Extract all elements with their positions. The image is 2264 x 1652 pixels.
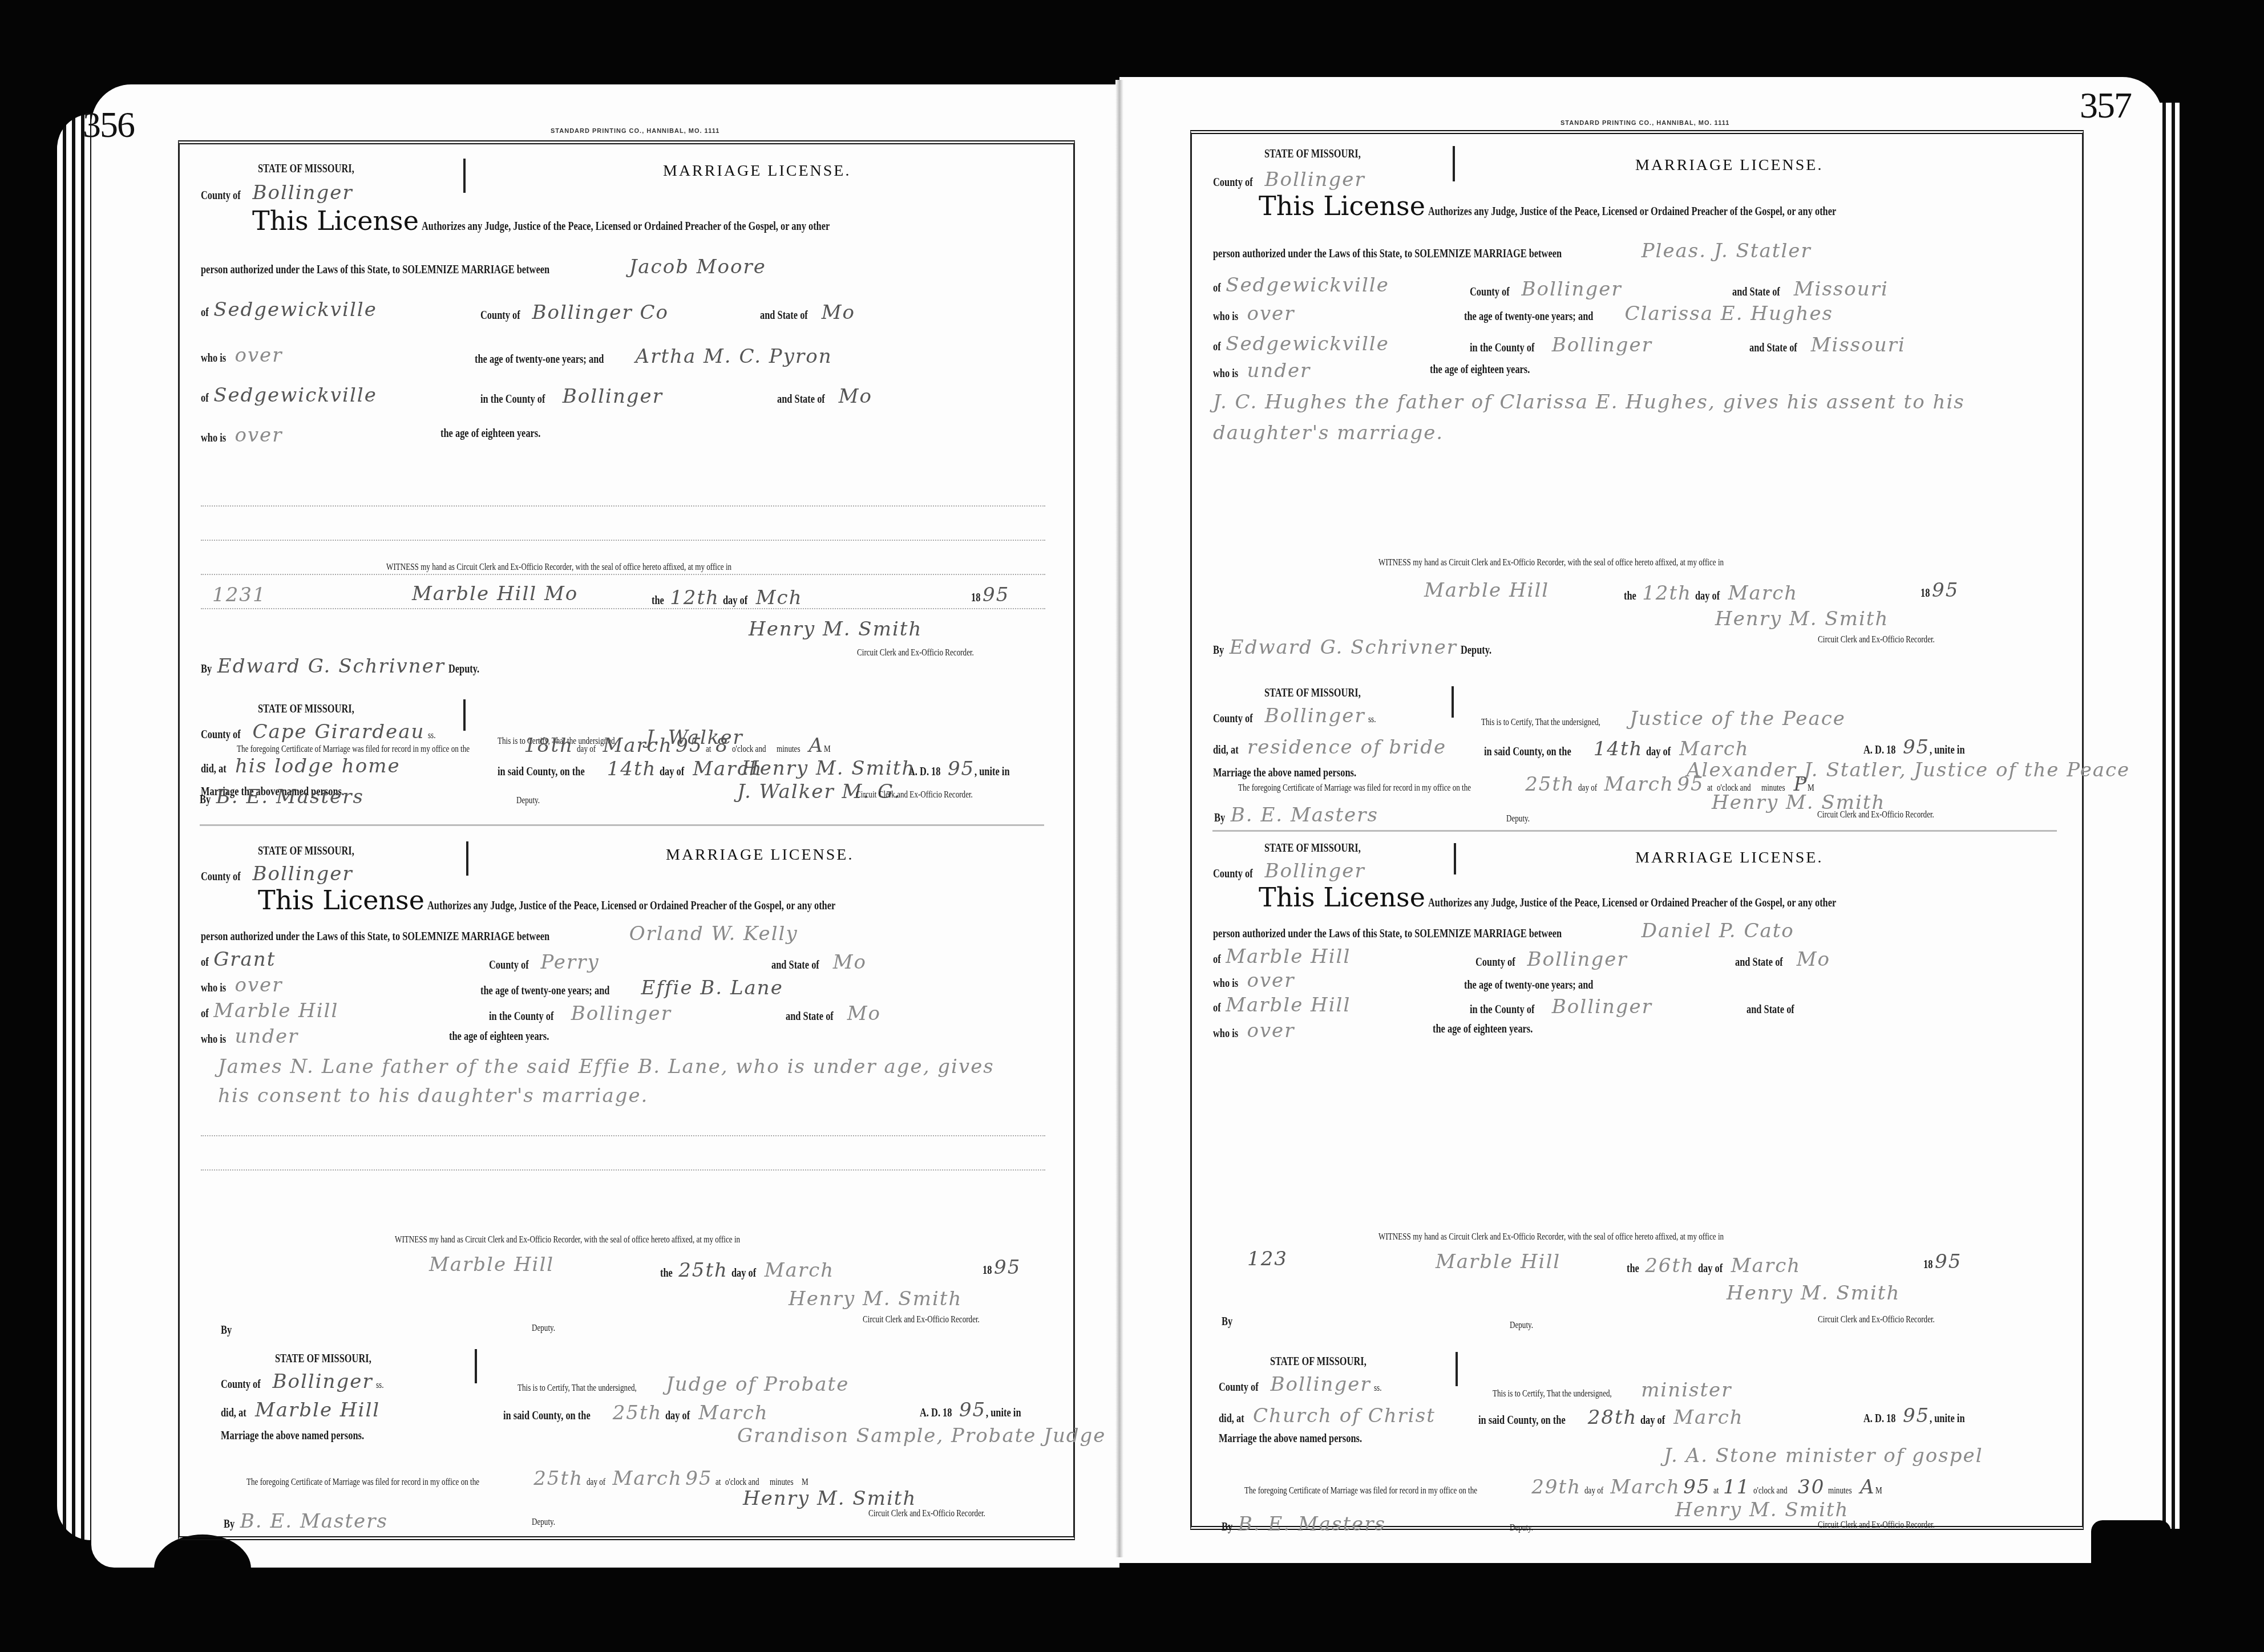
witness-year: 95 [994, 1256, 1021, 1279]
witness-number: 1231 [212, 584, 266, 606]
groom-age-status: over [1247, 969, 1295, 992]
state-of-label: and State of [771, 959, 819, 971]
cert-month: March [1673, 1406, 1743, 1429]
filed-hour: 8 [715, 734, 729, 757]
this-license-heading: This License [252, 205, 419, 236]
day-of-label: day of [1646, 746, 1671, 758]
state-label: STATE OF MISSOURI, [1264, 148, 1361, 160]
unite-in-label: , unite in [1930, 1413, 1965, 1424]
minutes-label: minutes [1828, 1487, 1852, 1496]
bride-name: Effie B. Lane [641, 977, 783, 999]
by-label: By [1222, 1521, 1232, 1533]
bride-county: Bollinger [563, 385, 663, 408]
did-at-label: did, at [221, 1407, 246, 1419]
license-entry: STATE OF MISSOURI, County of Bollinger M… [1190, 839, 2080, 1534]
witness-month: March [1731, 1254, 1801, 1277]
state-of-label: and State of [760, 310, 808, 321]
ad-label: A. D. 18 [1863, 744, 1895, 756]
filed-hour: 11 [1723, 1476, 1750, 1499]
marriage-license-title: MARRIAGE LICENSE. [663, 163, 851, 179]
cert-county: Bollinger [273, 1370, 373, 1393]
cert-officiant: minister [1641, 1379, 1732, 1402]
of-label: of [1213, 1002, 1221, 1014]
county-value: Bollinger [1265, 860, 1365, 882]
by-label: By [1222, 1316, 1232, 1327]
day-of-label: day of [665, 1410, 690, 1422]
state-of-label: and State of [786, 1011, 834, 1022]
minutes-label: minutes [770, 1478, 794, 1487]
filed-month: March [613, 1467, 682, 1490]
this-license-heading: This License [1259, 882, 1425, 913]
license-entry: STATE OF MISSOURI, County of Bollinger M… [178, 839, 1072, 1534]
authorized-text: person authorized under the Laws of this… [201, 931, 549, 942]
brace [1454, 843, 1456, 874]
witness-month: Mch [756, 586, 803, 609]
m-label: M [1875, 1487, 1882, 1496]
county-value: Bollinger [253, 863, 353, 885]
state-label: STATE OF MISSOURI, [1270, 1356, 1367, 1367]
witness-place: Marble Hill [429, 1253, 554, 1276]
day-of-label: day of [1698, 1263, 1723, 1274]
state-of-label: and State of [1749, 342, 1797, 354]
deputy-label: Deputy. [1506, 815, 1530, 824]
brace [463, 159, 466, 193]
oclock-label: o'clock and [1753, 1487, 1788, 1496]
unite-in-label: , unite in [986, 1407, 1021, 1419]
witness-text: WITNESS my hand as Circuit Clerk and Ex-… [1378, 1233, 1724, 1242]
groom-name: Jacob Moore [629, 256, 766, 278]
state-of-label: and State of [1746, 1004, 1794, 1015]
brace [466, 841, 468, 876]
at-label: at [706, 745, 711, 754]
consent-note: James N. Lane father of the said Effie B… [218, 1055, 994, 1107]
groom-county: Bollinger [1527, 948, 1628, 971]
groom-name: Daniel P. Cato [1642, 920, 1794, 942]
deputy-name: Edward G. Schrivner [1230, 636, 1457, 659]
groom-state: Mo [1797, 948, 1830, 971]
said-county-label: in said County, on the [498, 766, 585, 778]
circuit-clerk-label: Circuit Clerk and Ex-Officio Recorder. [1818, 1315, 1935, 1325]
age21-label: the age of twenty-one years; and [480, 985, 609, 997]
circuit-clerk-label: Circuit Clerk and Ex-Officio Recorder. [856, 791, 973, 800]
state-label: STATE OF MISSOURI, [258, 163, 354, 175]
groom-county: Bollinger [1522, 278, 1622, 301]
filed-clerk: Henry M. Smith [742, 757, 915, 780]
this-license-heading: This License [1259, 191, 1425, 221]
groom-name: Orland W. Kelly [629, 922, 798, 945]
state-of-label: and State of [1732, 286, 1780, 298]
brace [475, 1349, 477, 1383]
witness-day: 12th [1642, 582, 1692, 605]
of-label: of [1213, 341, 1221, 353]
by-label: By [201, 663, 212, 675]
groom-age-status: over [235, 344, 282, 367]
foregoing-text: The foregoing Certificate of Marriage wa… [237, 745, 470, 754]
ss-label: ss. [1368, 715, 1376, 724]
bride-age-status: over [1247, 1019, 1295, 1042]
cert-place: Church of Christ [1253, 1404, 1436, 1427]
by-label: By [1213, 645, 1224, 656]
witness-number: 123 [1247, 1248, 1288, 1270]
ruled-line [201, 505, 1045, 507]
county-label: County of [489, 959, 529, 971]
county-label: County of [1470, 286, 1510, 298]
bride-state: Mo [839, 385, 872, 408]
groom-state: Mo [822, 301, 855, 324]
who-is-label: who is [1213, 368, 1238, 379]
filed-day: 25th [1525, 773, 1575, 796]
at-label: at [1713, 1487, 1719, 1496]
witness-place: Marble Hill Mo [412, 582, 578, 605]
witness-year: 95 [1935, 1250, 1962, 1273]
filed-year: 95 [1677, 773, 1704, 796]
county-label: County of [201, 871, 241, 882]
of-label: of [201, 307, 209, 318]
cert-day: 14th [607, 758, 657, 780]
groom-town: Sedgewickville [1226, 274, 1389, 297]
by-label: By [1214, 812, 1225, 824]
the-label: the [660, 1268, 673, 1279]
age18-label: the age of eighteen years. [449, 1031, 549, 1042]
by-label: By [224, 1519, 235, 1530]
marriage-license-title: MARRIAGE LICENSE. [666, 847, 854, 863]
consent-note: J. C. Hughes the father of Clarissa E. H… [1213, 391, 1965, 444]
age21-label: the age of twenty-one years; and [1464, 979, 1593, 991]
deputy-label: Deputy. [1510, 1321, 1533, 1330]
year-prefix: 18 [1921, 588, 1930, 599]
foregoing-text: The foregoing Certificate of Marriage wa… [1244, 1487, 1477, 1496]
witness-place: Marble Hill [1436, 1250, 1560, 1273]
day-of-label: day of [731, 1268, 756, 1279]
witness-text: WITNESS my hand as Circuit Clerk and Ex-… [386, 563, 731, 572]
bride-town: Marble Hill [213, 999, 338, 1022]
groom-town: Grant [213, 948, 276, 971]
filed-day: 18th [524, 734, 573, 757]
day-of-label: day of [660, 766, 684, 778]
this-license-heading: This License [258, 885, 424, 916]
clerk-signature: Henry M. Smith [749, 618, 922, 641]
bride-age-status: over [235, 424, 282, 447]
county-label: County of [201, 190, 241, 201]
filed-year: 95 [685, 1467, 712, 1490]
ruled-line [201, 574, 1045, 575]
year-prefix: 18 [1923, 1259, 1933, 1270]
county-label: in the County of [480, 394, 545, 405]
cert-officiant: Judge of Probate [666, 1373, 849, 1396]
bride-town: Sedgewickville [213, 384, 377, 407]
of-label: of [201, 392, 209, 404]
filed-deputy: B. E. Masters [240, 1510, 388, 1533]
county-label: County of [1219, 1382, 1259, 1393]
cert-month: March [1679, 738, 1749, 760]
filed-day: 29th [1531, 1476, 1581, 1499]
marriage-license-title: MARRIAGE LICENSE. [1635, 157, 1823, 173]
filed-month: March [1611, 1476, 1680, 1499]
deputy-label: Deputy. [1461, 645, 1491, 656]
at-label: at [715, 1478, 721, 1487]
filed-month: March [1604, 773, 1674, 796]
cert-day: 14th [1594, 738, 1643, 760]
cert-place: Marble Hill [255, 1399, 380, 1422]
filed-year: 95 [676, 734, 702, 757]
entry-divider [200, 824, 1044, 826]
cert-year: 95 [948, 758, 975, 780]
marriage-above-label: Marriage the above named persons. [1219, 1433, 1362, 1444]
groom-town: Marble Hill [1226, 945, 1351, 968]
thumb-left [154, 1534, 251, 1603]
bride-town: Sedgewickville [1226, 333, 1389, 355]
state-of-label: and State of [1735, 957, 1783, 968]
groom-state: Missouri [1794, 278, 1889, 301]
who-is-label: who is [1213, 1028, 1238, 1039]
filed-year: 95 [1683, 1476, 1710, 1499]
thumb-right [2091, 1520, 2171, 1600]
cert-year: 95 [1903, 1404, 1930, 1427]
entry-divider [1212, 830, 2057, 832]
bride-state: Missouri [1811, 334, 1906, 357]
groom-state: Mo [833, 951, 867, 974]
age18-label: the age of eighteen years. [440, 428, 540, 439]
age21-label: the age of twenty-one years; and [475, 354, 604, 365]
ad-label: A. D. 18 [1863, 1413, 1895, 1424]
groom-county: Perry [541, 951, 600, 974]
county-value: Bollinger [253, 181, 353, 204]
bride-county: Bollinger [571, 1002, 672, 1025]
age21-label: the age of twenty-one years; and [1464, 311, 1593, 322]
bride-county: Bollinger [1552, 995, 1652, 1018]
authorized-text: person authorized under the Laws of this… [201, 264, 549, 276]
age18-label: the age of eighteen years. [1433, 1023, 1533, 1035]
of-label: of [1213, 954, 1221, 965]
minutes-label: minutes [777, 745, 801, 754]
unite-in-label: , unite in [1930, 744, 1965, 756]
cert-county: Bollinger [1265, 704, 1365, 727]
county-label: County of [201, 729, 241, 740]
year-prefix: 18 [971, 592, 980, 604]
witness-text: WITNESS my hand as Circuit Clerk and Ex-… [1378, 558, 1724, 568]
state-of-label: and State of [777, 394, 825, 405]
state-label: STATE OF MISSOURI, [275, 1353, 371, 1364]
deputy-name: Edward G. Schrivner [217, 655, 445, 678]
brace [1452, 686, 1454, 718]
county-label: in the County of [1470, 342, 1534, 354]
bride-name: Clarissa E. Hughes [1625, 302, 1833, 325]
did-at-label: did, at [201, 763, 227, 775]
by-label: By [200, 794, 211, 805]
bride-county: Bollinger [1552, 334, 1652, 357]
county-label: County of [1213, 713, 1253, 724]
of-label: of [1213, 282, 1221, 294]
said-county-label: in said County, on the [1484, 746, 1571, 758]
ss-label: ss. [1374, 1384, 1381, 1393]
book-gutter [1115, 80, 1123, 1557]
authorizes-text: Authorizes any Judge, Justice of the Pea… [422, 221, 830, 232]
state-label: STATE OF MISSOURI, [258, 845, 354, 857]
ruled-line [201, 1169, 1045, 1171]
certify-text: This is to Certify, That the undersigned… [518, 1384, 637, 1393]
filing-block [178, 804, 1072, 839]
cert-county: Bollinger [1271, 1373, 1371, 1396]
bride-age-status: under [235, 1025, 298, 1048]
license-entry: STATE OF MISSOURI, County of Bollinger M… [178, 140, 1072, 836]
the-label: the [1627, 1263, 1639, 1274]
circuit-clerk-label: Circuit Clerk and Ex-Officio Recorder. [857, 649, 974, 658]
marriage-above-label: Marriage the above named persons. [221, 1430, 364, 1442]
filed-month: March [603, 734, 673, 757]
cert-year: 95 [1903, 736, 1930, 759]
county-value: Bollinger [1265, 168, 1365, 191]
bride-name: Artha M. C. Pyron [636, 345, 832, 368]
certify-text: This is to Certify, That the undersigned… [1481, 718, 1600, 727]
filed-deputy: B. E. Masters [1238, 1513, 1386, 1536]
year-prefix: 18 [983, 1265, 992, 1276]
county-label: County of [480, 310, 520, 321]
said-county-label: in said County, on the [1478, 1415, 1566, 1426]
said-county-label: in said County, on the [503, 1410, 591, 1422]
bride-state: Mo [847, 1002, 881, 1025]
circuit-clerk-label: Circuit Clerk and Ex-Officio Recorder. [868, 1509, 985, 1519]
day-of-label: day of [1584, 1487, 1603, 1496]
circuit-clerk-label: Circuit Clerk and Ex-Officio Recorder. [863, 1315, 980, 1325]
printer-imprint-left: STANDARD PRINTING CO., HANNIBAL, MO. 111… [551, 128, 719, 135]
license-entry: STATE OF MISSOURI, County of Bollinger M… [1190, 130, 2080, 826]
state-label: STATE OF MISSOURI, [1264, 687, 1361, 699]
day-of-label: day of [723, 595, 747, 606]
by-label: By [221, 1325, 232, 1336]
ruled-line [201, 540, 1045, 541]
filed-day: 25th [533, 1467, 583, 1490]
day-of-label: day of [1695, 590, 1720, 602]
cert-day: 25th [613, 1402, 662, 1424]
printer-imprint-right: STANDARD PRINTING CO., HANNIBAL, MO. 111… [1560, 120, 1729, 127]
the-label: the [652, 595, 664, 606]
who-is-label: who is [201, 982, 226, 994]
deputy-label: Deputy. [532, 1324, 555, 1333]
clerk-signature: Henry M. Smith [1715, 608, 1889, 630]
foregoing-text: The foregoing Certificate of Marriage wa… [1238, 784, 1471, 793]
day-of-label: day of [577, 745, 596, 754]
day-of-label: day of [1578, 784, 1597, 793]
unite-in-label: , unite in [975, 766, 1010, 778]
state-label: STATE OF MISSOURI, [258, 703, 354, 715]
ss-label: ss. [376, 1381, 383, 1390]
witness-month: March [1728, 582, 1798, 605]
did-at-label: did, at [1213, 744, 1239, 756]
cert-officiant: Justice of the Peace [1630, 707, 1846, 730]
filed-ampm: A [1860, 1476, 1875, 1499]
witness-day: 26th [1645, 1254, 1695, 1277]
authorized-text: person authorized under the Laws of this… [1213, 248, 1562, 260]
brace [463, 699, 466, 731]
authorizes-text: Authorizes any Judge, Justice of the Pea… [427, 900, 835, 912]
county-label: in the County of [1470, 1004, 1534, 1015]
cert-year: 95 [959, 1399, 986, 1422]
filed-deputy: B. E. Masters [1231, 804, 1378, 827]
filed-minutes: 30 [1798, 1476, 1825, 1499]
circuit-clerk-label: Circuit Clerk and Ex-Officio Recorder. [1818, 1521, 1935, 1530]
authorizes-text: Authorizes any Judge, Justice of the Pea… [1428, 206, 1836, 217]
county-label: County of [1475, 957, 1515, 968]
oclock-label: o'clock and [725, 1478, 759, 1487]
who-is-label: who is [1213, 978, 1238, 989]
bride-town: Marble Hill [1226, 994, 1351, 1017]
foregoing-text: The foregoing Certificate of Marriage wa… [246, 1478, 479, 1487]
groom-county: Bollinger Co [532, 301, 669, 324]
witness-day: 25th [678, 1259, 728, 1282]
m-label: M [824, 745, 831, 754]
the-label: the [1624, 590, 1636, 602]
left-page-number: 356 [83, 104, 134, 146]
filed-ampm: A [809, 734, 824, 757]
circuit-clerk-label: Circuit Clerk and Ex-Officio Recorder. [1818, 635, 1935, 645]
witness-day: 12th [670, 586, 719, 609]
who-is-label: who is [201, 353, 226, 364]
cert-month: March [698, 1402, 768, 1424]
who-is-label: who is [201, 432, 226, 444]
cert-place: his lodge home [235, 755, 401, 778]
deputy-label: Deputy. [1510, 1524, 1533, 1533]
ad-label: A. D. 18 [920, 1407, 952, 1419]
clerk-signature: Henry M. Smith [789, 1287, 962, 1310]
state-label: STATE OF MISSOURI, [1264, 843, 1361, 854]
who-is-label: who is [201, 1034, 226, 1045]
filed-deputy: B. E. Masters [216, 785, 364, 808]
who-is-label: who is [1213, 311, 1238, 322]
oclock-label: o'clock and [732, 745, 766, 754]
bride-age-status: under [1247, 359, 1311, 382]
groom-age-status: over [235, 974, 282, 997]
county-label: in the County of [489, 1011, 553, 1022]
county-label: County of [1213, 868, 1253, 880]
marriage-license-title: MARRIAGE LICENSE. [1635, 850, 1823, 866]
groom-age-status: over [1247, 302, 1295, 325]
ruled-line [201, 608, 1045, 609]
deputy-label: Deputy. [532, 1518, 555, 1527]
witness-text: WITNESS my hand as Circuit Clerk and Ex-… [395, 1236, 740, 1245]
m-label: M [802, 1478, 808, 1487]
groom-town: Sedgewickville [213, 298, 377, 321]
day-of-label: day of [1640, 1415, 1665, 1426]
authorized-text: person authorized under the Laws of this… [1213, 928, 1562, 940]
brace [1453, 146, 1455, 181]
cert-place: residence of bride [1247, 736, 1446, 759]
cert-signature: J. A. Stone minister of gospel [1664, 1444, 1983, 1467]
witness-year: 95 [983, 584, 1009, 606]
day-of-label: day of [587, 1478, 605, 1487]
of-label: of [201, 957, 209, 968]
certify-text: This is to Certify, That the undersigned… [1493, 1390, 1612, 1399]
right-page-number: 357 [2080, 84, 2131, 127]
deputy-label: Deputy. [448, 663, 479, 675]
age18-label: the age of eighteen years. [1430, 364, 1530, 375]
cert-day: 28th [1588, 1406, 1638, 1429]
did-at-label: did, at [1219, 1413, 1244, 1424]
cert-signature: Grandison Sample, Probate Judge [737, 1424, 1106, 1447]
deputy-label: Deputy. [516, 796, 540, 805]
county-label: County of [1213, 177, 1253, 188]
groom-name: Pleas. J. Statler [1642, 240, 1812, 262]
witness-place: Marble Hill [1424, 579, 1549, 602]
witness-month: March [765, 1259, 834, 1282]
witness-year: 95 [1932, 579, 1959, 602]
circuit-clerk-label: Circuit Clerk and Ex-Officio Recorder. [1817, 811, 1934, 820]
clerk-signature: Henry M. Smith [1727, 1282, 1900, 1305]
county-label: County of [221, 1379, 261, 1390]
of-label: of [201, 1008, 209, 1019]
brace [1456, 1352, 1458, 1386]
authorizes-text: Authorizes any Judge, Justice of the Pea… [1428, 897, 1836, 909]
ruled-line [201, 1135, 1045, 1136]
